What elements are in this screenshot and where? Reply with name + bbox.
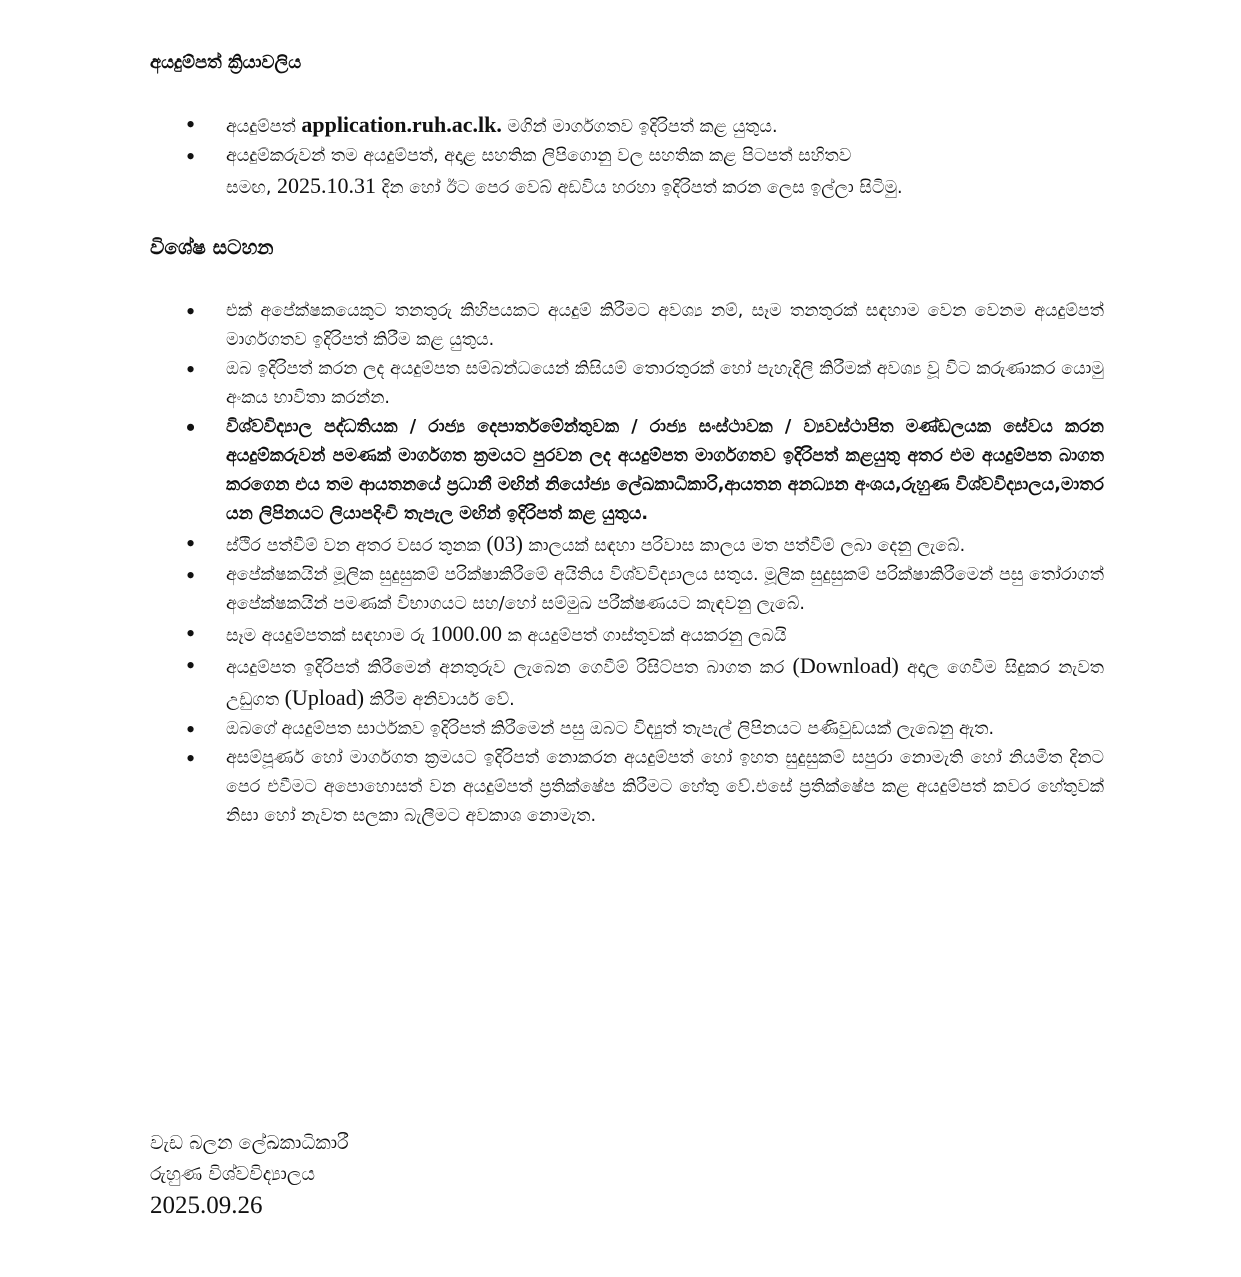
signature-date: 2025.09.26 <box>150 1190 349 1222</box>
item-text: දින හෝ ඊට පෙර වෙබ් අඩවිය හරහා ඉදිරිපත් ක… <box>376 178 903 198</box>
deadline-date: 2025.10.31 <box>277 173 376 198</box>
list-item: අපේක්ෂකයින් මූලික සුදුසුකම් පරික්ෂාකිරීම… <box>186 561 1104 619</box>
item-text: කිරීම අනිවාර්ය වේ. <box>364 690 515 710</box>
list-item: අයදුම්කරුවන් තම අයදුම්පත්, අදාළ සහතික ලි… <box>186 142 1106 203</box>
signatory-institution: රුහුණ විශ්වවිද්‍යාලය <box>150 1159 349 1190</box>
item-number: (03) <box>486 531 523 556</box>
application-url-link[interactable]: application.ruh.ac.lk. <box>301 112 501 137</box>
list-item: අයදුම්පත ඉදිරිපත් කිරීමෙන් අනතුරුව ලැබෙන… <box>186 651 1104 715</box>
item-text: අයදුම්පත ඉදිරිපත් කිරීමෙන් අනතුරුව ලැබෙන… <box>226 658 793 678</box>
item-text: ක අයදුම්පත් ගාස්තුවක් අයකරනු ලබයි <box>502 626 786 646</box>
list-item: ඔබ ඉදිරිපත් කරන ලද අයදුම්පත සම්බන්ධයෙන් … <box>186 355 1104 413</box>
item-text-english: (Upload) <box>285 685 364 710</box>
list-item: එක් අපේක්ෂකයෙකුට තනතුරු කිහිපයකට අයදුම් … <box>186 297 1104 355</box>
application-process-list: අයදුම්පත් application.ruh.ac.lk. මගින් ම… <box>186 110 1106 203</box>
list-item: සෑම අයදුම්පතක් සඳහාම රු 1000.00 ක අයදුම්… <box>186 619 1104 651</box>
list-item: ඔබගේ අයදුම්පත සාර්ථකව ඉදිරිපත් කිරීමෙන් … <box>186 715 1104 744</box>
item-text: අයදුම්පත් <box>226 117 301 137</box>
item-text: ස්ථිර පත්වීම් වන අතර වසර තුනක <box>226 536 486 556</box>
list-item: අසම්පූර්ණ හෝ මාර්ගගත ක්‍රමයට ඉදිරිපත් නො… <box>186 744 1104 831</box>
item-text: අයදුම්කරුවන් තම අයදුම්පත්, අදාළ සහතික ලි… <box>226 146 851 166</box>
item-text-english: (Download) <box>793 653 899 678</box>
item-text: සමඟ, <box>226 178 277 198</box>
signatory-title: වැඩ බලන ලේඛකාධිකාරී <box>150 1128 349 1159</box>
section-heading-special-notes: විශේෂ සටහන <box>150 234 274 260</box>
list-item: ස්ථිර පත්වීම් වන අතර වසර තුනක (03) කාලයක… <box>186 529 1104 561</box>
list-item: අයදුම්පත් application.ruh.ac.lk. මගින් ම… <box>186 110 1106 142</box>
special-notes-list: එක් අපේක්ෂකයෙකුට තනතුරු කිහිපයකට අයදුම් … <box>186 297 1104 831</box>
item-text: මගින් මාර්ගගතව ඉදිරිපත් කළ යුතුය. <box>502 117 778 137</box>
fee-amount: 1000.00 <box>431 621 503 646</box>
section-heading-application-process: අයදුම්පත් ක්‍රියාවලිය <box>150 50 301 76</box>
item-text: සෑම අයදුම්පතක් සඳහාම රු <box>226 626 431 646</box>
item-text: කාලයක් සඳහා පරිවාස කාලය මත පත්වීම් ලබා ද… <box>523 536 965 556</box>
list-item: විශ්වවිද්‍යාල පද්ධතියක / රාජ්‍ය දෙපාර්තම… <box>186 413 1104 529</box>
signature-block: වැඩ බලන ලේඛකාධිකාරී රුහුණ විශ්වවිද්‍යාලය… <box>150 1128 349 1222</box>
